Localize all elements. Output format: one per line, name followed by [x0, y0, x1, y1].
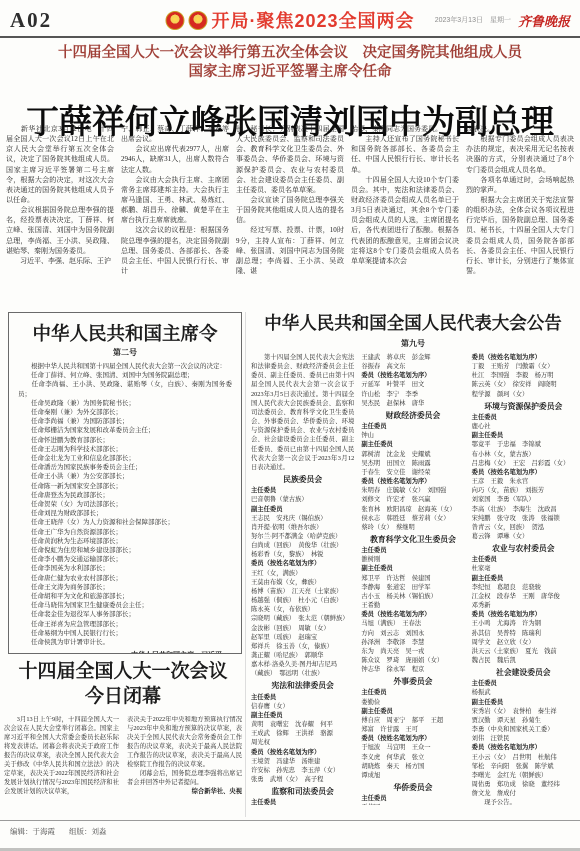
text-line: 副主任委员 [472, 574, 575, 583]
lead-column-3: 长、秘书长；分别表决十四届全国人大民族委员会、监察和司法委员会、教育科学文化卫生… [236, 124, 344, 306]
paragraph: 贻琴、秦刚同志为国务委员。 [351, 124, 459, 134]
text-line: 杜江 李国强 李毅 杨万明 [472, 371, 575, 380]
text-line: 委员（按姓名笔划为序） [472, 468, 575, 477]
text-line: 委员（按姓名笔划为序） [472, 610, 575, 619]
paragraph: 任命潘岳为国家民族事务委员会主任； [18, 463, 232, 472]
text-line: 陈云英（女） 徐安祥 阎晓明 [472, 380, 575, 389]
paragraph: 各项名单通过时，会场响起热烈的掌声。 [466, 175, 574, 195]
paragraph: 任命王小洪（兼）为公安部部长； [18, 472, 232, 481]
paragraph: 任命唐登杰为民政部部长； [18, 491, 232, 500]
text-line: 王志民 安兆庆（锡伯族） [251, 514, 354, 523]
text-line: 主任委员 [361, 794, 464, 803]
text-line: 王建武 蒋卓庆 彭金辉 [361, 353, 464, 362]
text-line: 谭成旭 [361, 771, 464, 780]
text-line: 王彦 王毅 朱永官 [472, 477, 575, 486]
paragraph: 这次会议的议程是：根据国务院总理李强的提名，决定国务院副总理、国务委员、各部部长… [121, 225, 229, 276]
text-line: 周学文 赵立欣（女） [472, 638, 575, 647]
text-line: 刘伟 汪铁民 [472, 734, 575, 743]
committee-heading: 社会建设委员会 [472, 668, 575, 677]
masthead: 齐鲁晚报 [518, 11, 570, 30]
page-footer: 编辑：于海霞 组版：刘淼 [10, 826, 107, 837]
paragraph: 会议宣读了国务院总理李强关于国务院其他组成人员人选的提名信。 [236, 195, 344, 225]
text-line: 古小玉 杨关林（锡伯族） [361, 592, 464, 601]
text-line: 刘修文 许宏才 张兴赢 [361, 495, 464, 504]
paragraph: 会议应出席代表2977人，出席2946人，缺席31人，出席人数符合法定人数。 [121, 144, 229, 174]
column-divider [245, 312, 246, 817]
date-text: 2023年3月13日 星期一 [435, 15, 511, 25]
cppcc-emblem-icon: ★ [188, 11, 207, 30]
text-line: 杨博（苗族） 江天亮（土家族） [251, 587, 354, 596]
text-line: 王小鸣 尤海涛 许为钢 [472, 619, 575, 628]
paragraph: 任命贺荣（女）为司法部部长； [18, 500, 232, 509]
newspaper-page: A02 ★ ★ 开局·聚焦2023全国两会 2023年3月13日 星期一 齐鲁晚… [0, 0, 580, 851]
announcement-title: 中华人民共和国全国人民代表大会公告 [251, 310, 575, 335]
text-line: 蔡玲（女） 蔡继明 [361, 523, 464, 532]
paragraph: 根据中华人民共和国第十四届全国人民代表大会第一次会议的决定： [18, 362, 232, 371]
text-line: 王境贺 冯建华 汤维建 [251, 757, 354, 766]
text-line: 葛云锋 谭琳（女） [472, 532, 575, 541]
text-line: 李义虎 何华武 张立 [361, 753, 464, 762]
paragraph: 综合新华社、央视 [127, 788, 242, 797]
kicker-line-1: 十四届全国人大一次会议举行第五次全体会议 决定国务院其他组成人员 [0, 44, 580, 63]
text-line: 傅自应 周亚宁 郝平 王超 [361, 716, 464, 725]
committee-heading: 财政经济委员会 [361, 411, 464, 420]
text-line: （藏族） 鄂远明（壮族） [251, 669, 354, 678]
text-line: 郑卫平 许达哲 侯建国 [361, 574, 464, 583]
announcement-column-3: 委员（按姓名笔划为序）丁毅 王贻芳 闫傲霜（女）杜江 李国强 李毅 杨万明陈云英… [472, 353, 575, 805]
paragraph: 新华社北京3月12日电 十四届全国人大一次会议12日上午在北京人民大会堂举行第五… [6, 124, 114, 205]
text-line: 郑富 许甘露 王可 [361, 725, 464, 734]
paragraph: 会议根据国务院总理李强的提名，经投票表决决定，丁薛祥、何立峰、张国清、刘国中为国… [6, 205, 114, 256]
text-line: 主任委员 [251, 693, 354, 702]
paragraph: 会议由大会执行主席、主席团常务主席郑建邦主持。大会执行主席马逢国、王勇、林武、易… [121, 175, 229, 226]
committee-heading: 民族委员会 [251, 475, 354, 484]
text-line: 于伟国 [361, 803, 464, 805]
text-line: 谷振春 高文东 [361, 362, 464, 371]
text-line: 张勇 武增（女） 高子程 [251, 775, 354, 784]
paragraph: 任命陈一新为国家安全部部长； [18, 482, 232, 491]
paragraph: 任命李尚福、王小洪、吴政隆、谌贻琴（女，白族）、秦刚为国务委员； [18, 380, 232, 398]
text-line: 郭树清 沈金龙 史耀斌 [361, 450, 464, 459]
text-line: 马旭（满族） 王春法 [361, 619, 464, 628]
order-body: 根据中华人民共和国第十四届全国人民代表大会第一次会议的决定： 任命丁薛祥、何立峰… [18, 362, 232, 647]
text-line: 王小云（女） 吕世明 杜航伟 [472, 753, 575, 762]
text-line: 李曙光 金红光（朝鲜族） [472, 771, 575, 780]
paragraph: 任命王文涛为商务部部长； [18, 583, 232, 592]
text-line: 钟山 [361, 431, 464, 440]
text-line: 丁毅 王贻芳 闫傲霜（女） [472, 362, 575, 371]
paragraph: 任命黄润秋为生态环境部部长； [18, 537, 232, 546]
announcement-column-1: 第十四届全国人民代表大会宪法和法律委员会、财政经济委员会主任委员、副主任委员、委… [251, 353, 354, 805]
text-line: 詹文龙 詹成付 [472, 789, 575, 798]
header-rule [0, 36, 580, 38]
text-line: 贾汉勤 谭天星 孙菊生 [472, 716, 575, 725]
announcement-column-2: 王建武 蒋卓庆 彭金辉谷振春 高文东委员（按姓名笔划为序）亓延军 叶赞平 田文许… [361, 353, 464, 805]
text-line: 亓延军 叶赞平 田文 [361, 380, 464, 389]
lead-column-5: 议表决。 根据专门委员会组成人员表决办法的规定，表决采用无记名按表决器的方式，分… [466, 124, 574, 306]
paragraph: 任命王祥喜为应急管理部部长； [18, 620, 232, 629]
text-line: 主任委员 [361, 688, 464, 697]
text-line: 钟志华 徐永军 程京 [361, 665, 464, 674]
text-line: 李勇（中央和国家机关工委） [472, 725, 575, 734]
paragraph: 3月13日上午9时，十四届全国人大一次会议在人民大会堂举行闭幕会。国家主席习近平… [4, 716, 119, 796]
text-line: 主任委员 [361, 546, 464, 555]
text-line: 主任委员 [472, 413, 575, 422]
lead-column-2: 宁、韩正、蔡奇、丁薛祥、李希等出席会议。 会议应出席代表2977人，出席2946… [121, 124, 229, 306]
paragraph: 根据专门委员会组成人员表决办法的规定，表决采用无记名按表决器的方式，分别表决通过… [466, 134, 574, 175]
text-line: 委员（按姓名笔划为序） [361, 734, 464, 743]
text-line: 娄勤俭 [361, 698, 464, 707]
order-signature: 中华人民共和国主席 习近平 [18, 650, 232, 654]
closing-article: 十四届全国人大一次会议 今日闭幕 3月13日上午9时，十四届全国人大一次会议在人… [4, 660, 242, 802]
paragraph: 任命倪虹为住房和城乡建设部部长； [18, 546, 232, 555]
paragraph: 任命吴政隆（兼）为国务院秘书长； [18, 399, 232, 408]
closing-column-1: 3月13日上午9时，十四届全国人大一次会议在人民大会堂举行闭幕会。国家主席习近平… [4, 716, 119, 802]
text-line: 宗晓明（藏族） 张太范（朝鲜族） [251, 614, 354, 623]
text-line: 努尔兰·阿不都满金（哈萨克族） [251, 532, 354, 541]
text-line: 邓秀新 [472, 601, 575, 610]
header-dateline: 2023年3月13日 星期一 齐鲁晚报 [435, 11, 570, 30]
text-line: 宋秀岩（女） 袁誉柏 秦生祥 [472, 707, 575, 716]
paragraph: 长、秘书长；分别表决十四届全国人大民族委员会、监察和司法委员会、教育科学文化卫生… [236, 124, 344, 195]
text-line: 委员（按姓名笔划为序） [251, 748, 354, 757]
text-line: 白尚成（回族） 黄俊华（壮族） [251, 541, 354, 550]
text-line: 金汝彬（回族） 周敏（女） [251, 624, 354, 633]
text-line: 巴音朝鲁（蒙古族） [251, 495, 354, 504]
text-line: 委员（按姓名笔划为序） [251, 559, 354, 568]
text-line: 委员（按姓名笔划为序） [472, 743, 575, 752]
text-line: 杨越强（侗族） 杜小元（白族） [251, 596, 354, 605]
text-line: 委员（按姓名笔划为序） [361, 477, 464, 486]
text-line: 朱明春 庄毓敏（女） 刘国强 [361, 486, 464, 495]
text-line: 孙泽洲 李敬泽 李慧 [361, 638, 464, 647]
text-line: 副主任委员 [251, 711, 354, 720]
text-line: 张育林 欧阳昌琼 赵海英（女） [361, 505, 464, 514]
text-line: 副主任委员 [251, 505, 354, 514]
lead-column-4: 贻琴、秦刚同志为国务委员。 主持人还宣布了国务院秘书长和国务院各部部长、各委员会… [351, 124, 459, 306]
text-line: 周光权 [251, 738, 354, 747]
committee-heading: 宪法和法律委员会 [251, 681, 354, 690]
text-line: 副主任委员 [472, 698, 575, 707]
announcement-body: 第十四届全国人民代表大会宪法和法律委员会、财政经济委员会主任委员、副主任委员、委… [251, 353, 575, 805]
text-line: 陈永英（女，布依族） [251, 605, 354, 614]
paragraph: 任命侯凯为审计署审计长。 [18, 638, 232, 647]
text-line: 信春鹰（女） [251, 702, 354, 711]
paragraph: 闭幕会后，国务院总理李强将出席记者会并回答中外记者提问。 [127, 770, 242, 788]
text-line: 雒树刚 [361, 555, 464, 564]
text-line: 主任委员 [472, 555, 575, 564]
text-line: 吴杰民 赵保林 唐华 [361, 399, 464, 408]
text-line: 魏占民 魏后凯 [472, 656, 575, 665]
text-line: 杜家毫 [472, 564, 575, 573]
text-line: 王莫由布嫫（女，彝族） [251, 578, 354, 587]
paragraph: 任命金壮龙为工业和信息化部部长； [18, 454, 232, 463]
closing-headline-line-1: 十四届全国人大一次会议 [4, 660, 242, 685]
announcement-number: 第九号 [251, 338, 575, 349]
committee-heading: 教育科学文化卫生委员会 [361, 535, 464, 544]
paragraph: 任命李尚福（兼）为国防部部长； [18, 417, 232, 426]
text-line: 龚正耀（哈尼族） 郭顺华 [251, 651, 354, 660]
text-line: 副主任委员 [472, 431, 575, 440]
editor-credit: 编辑：于海霞 [10, 826, 55, 837]
page-number: A02 [10, 8, 52, 33]
text-line: 邹松 辛向阳 张翼 陈学斌 [472, 762, 575, 771]
order-number: 第二号 [18, 347, 232, 358]
paragraph: 任命王广华为自然资源部部长； [18, 528, 232, 537]
text-line: 赵军里（瑶族） 赵瑞宝 [251, 633, 354, 642]
text-line: 肖开提·依明（维吾尔族） [251, 523, 354, 532]
text-line: 主任委员 [251, 798, 354, 805]
layout-credit: 组版：刘淼 [69, 826, 107, 837]
kicker-line-2: 国家主席习近平签署主席令任命 [0, 63, 580, 82]
text-line: 杨振武 [472, 688, 575, 697]
text-line: 副主任委员 [361, 564, 464, 573]
paragraph: 任命秦刚（兼）为外交部部长； [18, 408, 232, 417]
banner-title: 开局·聚焦2023全国两会 [211, 7, 414, 33]
text-line: 黄明 袁曙宏 沈春耀 何平 [251, 720, 354, 729]
text-line: 许安标 孙宪忠 李玉萍（女） [251, 766, 354, 775]
text-line: 孙其信 吴普特 陈瑞利 [472, 629, 575, 638]
paragraph: 任命胡和平为文化和旅游部部长； [18, 592, 232, 601]
text-line: 委员（按姓名笔划为序） [472, 353, 575, 362]
text-line: 王红（女，满族） [251, 569, 354, 578]
closing-column-2: 表决关于2022年中央和地方预算执行情况与2023年中央和地方预算的决议草案，表… [127, 716, 242, 802]
text-line: 鹿心社 [472, 422, 575, 431]
text-line: 吕忠梅（女） 王宏 吕彩霞（女） [472, 459, 575, 468]
text-line: 程学源 颜珂（女） [472, 390, 575, 399]
text-line: 吴杰明 田国立 陈雨露 [361, 459, 464, 468]
text-line: 鄂竟平 于忠福 李锦斌 [472, 440, 575, 449]
paragraph: 任命李国英为水利部部长； [18, 564, 232, 573]
paragraph: 主持人还宣布了国务院秘书长和国务院各部部长、各委员会主任、中国人民银行行长、审计… [351, 134, 459, 175]
text-line: 李纪恒 葛超良 范骁骏 [472, 583, 575, 592]
text-line: 胡晓炼 秦天 杨方国 [361, 762, 464, 771]
paragraph: 十四届全国人大设10个专门委员会。其中，宪法和法律委员会、财政经济委员会组成人员… [351, 175, 459, 266]
text-line: 陈众议 罗琦 庞丽娟（女） [361, 656, 464, 665]
text-line: 周佑勇 郑功成 徐晓 董经纬 [472, 780, 575, 789]
text-line: 主任委员 [472, 679, 575, 688]
paragraph: 议表决。 [466, 124, 574, 134]
paragraph: 任命郑栅洁为国家发展和改革委员会主任； [18, 426, 232, 435]
text-line: 现予公告。 [472, 798, 575, 805]
npc-announcement: 中华人民共和国全国人民代表大会公告 第九号 第十四届全国人民代表大会宪法和法律委… [251, 310, 575, 805]
lead-kicker: 十四届全国人大一次会议举行第五次全体会议 决定国务院其他组成人员 国家主席习近平… [0, 44, 580, 82]
text-line: 副主任委员 [361, 440, 464, 449]
paragraph: 习近平、李强、赵乐际、王沪 [6, 256, 114, 266]
text-line: 于旭波 马宜明 王众一 [361, 743, 464, 752]
committee-heading: 农业与农村委员会 [472, 544, 575, 553]
text-line: 刘家国 李勇（军队） [472, 495, 575, 504]
text-line: 东为 尚天亮 吴一戎 [361, 647, 464, 656]
text-line: 于春生 安立佳 谢经荣 [361, 468, 464, 477]
text-line: 昝青云（女，回族） 贺泓 [472, 523, 575, 532]
paragraph: 根据大会主席团关于宪法宣誓的组织办法，全体会议各项议程进行完毕后，国务院副总理、… [466, 195, 574, 276]
text-line: 王希勤 [361, 601, 464, 610]
paragraph: 任命马晓伟为国家卫生健康委员会主任； [18, 601, 232, 610]
closing-headline: 十四届全国人大一次会议 今日闭幕 [4, 660, 242, 709]
text-line: 许山松 李宁 李季 [361, 390, 464, 399]
text-line: 宋纯鹏 张守攻 张涛 张福锁 [472, 514, 575, 523]
closing-headline-line-2: 今日闭幕 [4, 685, 242, 710]
paragraph: 宁、韩正、蔡奇、丁薛祥、李希等出席会议。 [121, 124, 229, 144]
committee-heading: 外事委员会 [361, 677, 464, 686]
order-title: 中华人民共和国主席令 [18, 320, 232, 346]
text-line: 向巧（女，苗族） 刘振芳 [472, 486, 575, 495]
text-line: 李静海 张道宏 田学军 [361, 583, 464, 592]
paragraph: 任命刘昆为财政部部长； [18, 509, 232, 518]
paragraph: 经过写票、投票、计票，10时9分，主持人宣布：丁薛祥、何立峰、张国清、刘国中同志… [236, 225, 344, 276]
page-header: A02 ★ ★ 开局·聚焦2023全国两会 2023年3月13日 星期一 齐鲁晚… [0, 5, 580, 35]
paragraph: 表决关于2022年中央和地方预算执行情况与2023年中央和地方预算的决议草案，表… [127, 716, 242, 769]
text-line: 副主任委员 [361, 707, 464, 716]
paragraph: 任命唐仁健为农业农村部部长； [18, 574, 232, 583]
paragraph: 任命怀进鹏为教育部部长； [18, 436, 232, 445]
paragraph: 任命易纲为中国人民银行行长； [18, 629, 232, 638]
text-line: 侯永志 韩胜廷 蔡芳莉（女） [361, 514, 464, 523]
text-line: 洪天云（土家族） 夏光 钱前 [472, 647, 575, 656]
footer-rule [0, 820, 580, 821]
text-line: 方向 刘云志 刘国永 [361, 629, 464, 638]
text-line: 主任委员 [251, 486, 354, 495]
committee-heading: 华侨委员会 [361, 783, 464, 792]
text-line: 江金权 段春华 王刚 唐华俊 [472, 592, 575, 601]
text-line: 委员（按姓名笔划为序） [361, 610, 464, 619]
committee-heading: 监察和司法委员会 [251, 787, 354, 796]
text-line: 李高（壮族） 李海生 沈政昌 [472, 505, 575, 514]
text-line: 委员（按姓名笔划为序） [361, 371, 464, 380]
text-line: 王成武 徐辉 王洪祥 骆源 [251, 729, 354, 738]
text-line: 布小林（女，蒙古族） [472, 450, 575, 459]
lead-body: 新华社北京3月12日电 十四届全国人大一次会议12日上午在北京人民大会堂举行第五… [6, 124, 574, 306]
national-emblem-icon: ★ [165, 11, 184, 30]
text-line: 第十四届全国人民代表大会宪法和法律委员会、财政经济委员会主任委员、副主任委员、委… [251, 353, 354, 472]
lead-column-1: 新华社北京3月12日电 十四届全国人大一次会议12日上午在北京人民大会堂举行第五… [6, 124, 114, 306]
text-line: 郑祥兵 徐玉善（女，傣族） [251, 642, 354, 651]
paragraph: 任命裴金佳为退役军人事务部部长； [18, 610, 232, 619]
paragraph: 任命李小鹏为交通运输部部长； [18, 555, 232, 564]
paragraph: 任命王晓萍（女）为人力资源和社会保障部部长； [18, 518, 232, 527]
text-line: 杨彩香（女，黎族） 林锐 [251, 550, 354, 559]
presidential-order-box: 中华人民共和国主席令 第二号 根据中华人民共和国第十四届全国人民代表大会第一次会… [8, 312, 242, 654]
text-line: 主任委员 [361, 422, 464, 431]
section-banner: ★ ★ 开局·聚焦2023全国两会 [165, 7, 414, 33]
paragraph: 任命王志刚为科学技术部部长； [18, 445, 232, 454]
committee-heading: 环境与资源保护委员会 [472, 402, 575, 411]
closing-body: 3月13日上午9时，十四届全国人大一次会议在人民大会堂举行闭幕会。国家主席习近平… [4, 716, 242, 802]
text-line: 嘉木样·洛桑久美·图丹却吉尼玛 [251, 660, 354, 669]
paragraph: 任命丁薛祥、何立峰、张国清、刘国中为国务院副总理； [18, 371, 232, 380]
